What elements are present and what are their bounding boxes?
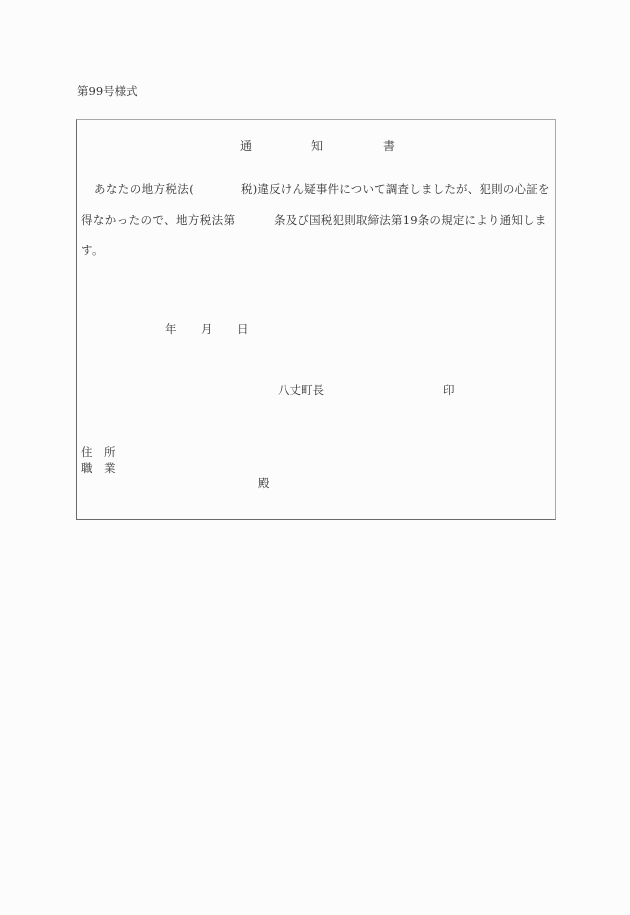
body-line-1-start: あなたの地方税法(	[94, 181, 194, 197]
occupation-label: 職 業	[81, 460, 116, 476]
title-char-2: 知	[311, 137, 323, 154]
address-label: 住 所	[81, 444, 116, 460]
issuer-name: 八丈町長	[278, 382, 324, 398]
body-line-2-end: 条及び国税犯則取締法第19条の規定により通知しま	[274, 212, 546, 228]
title-char-3: 書	[383, 137, 395, 154]
body-line-1-end: 税)違反けん疑事件について調査しましたが、犯則の心証を	[241, 181, 550, 197]
date-year: 年	[165, 321, 177, 337]
date-month: 月	[201, 321, 213, 337]
notice-box	[76, 119, 556, 520]
body-line-3: す。	[81, 242, 104, 258]
seal-mark: 印	[443, 382, 455, 398]
body-line-2-start: 得なかったので、地方税法第	[81, 212, 235, 228]
honorific: 殿	[258, 475, 270, 491]
date-day: 日	[237, 321, 249, 337]
form-number: 第99号様式	[77, 83, 138, 99]
title-char-1: 通	[240, 137, 252, 154]
